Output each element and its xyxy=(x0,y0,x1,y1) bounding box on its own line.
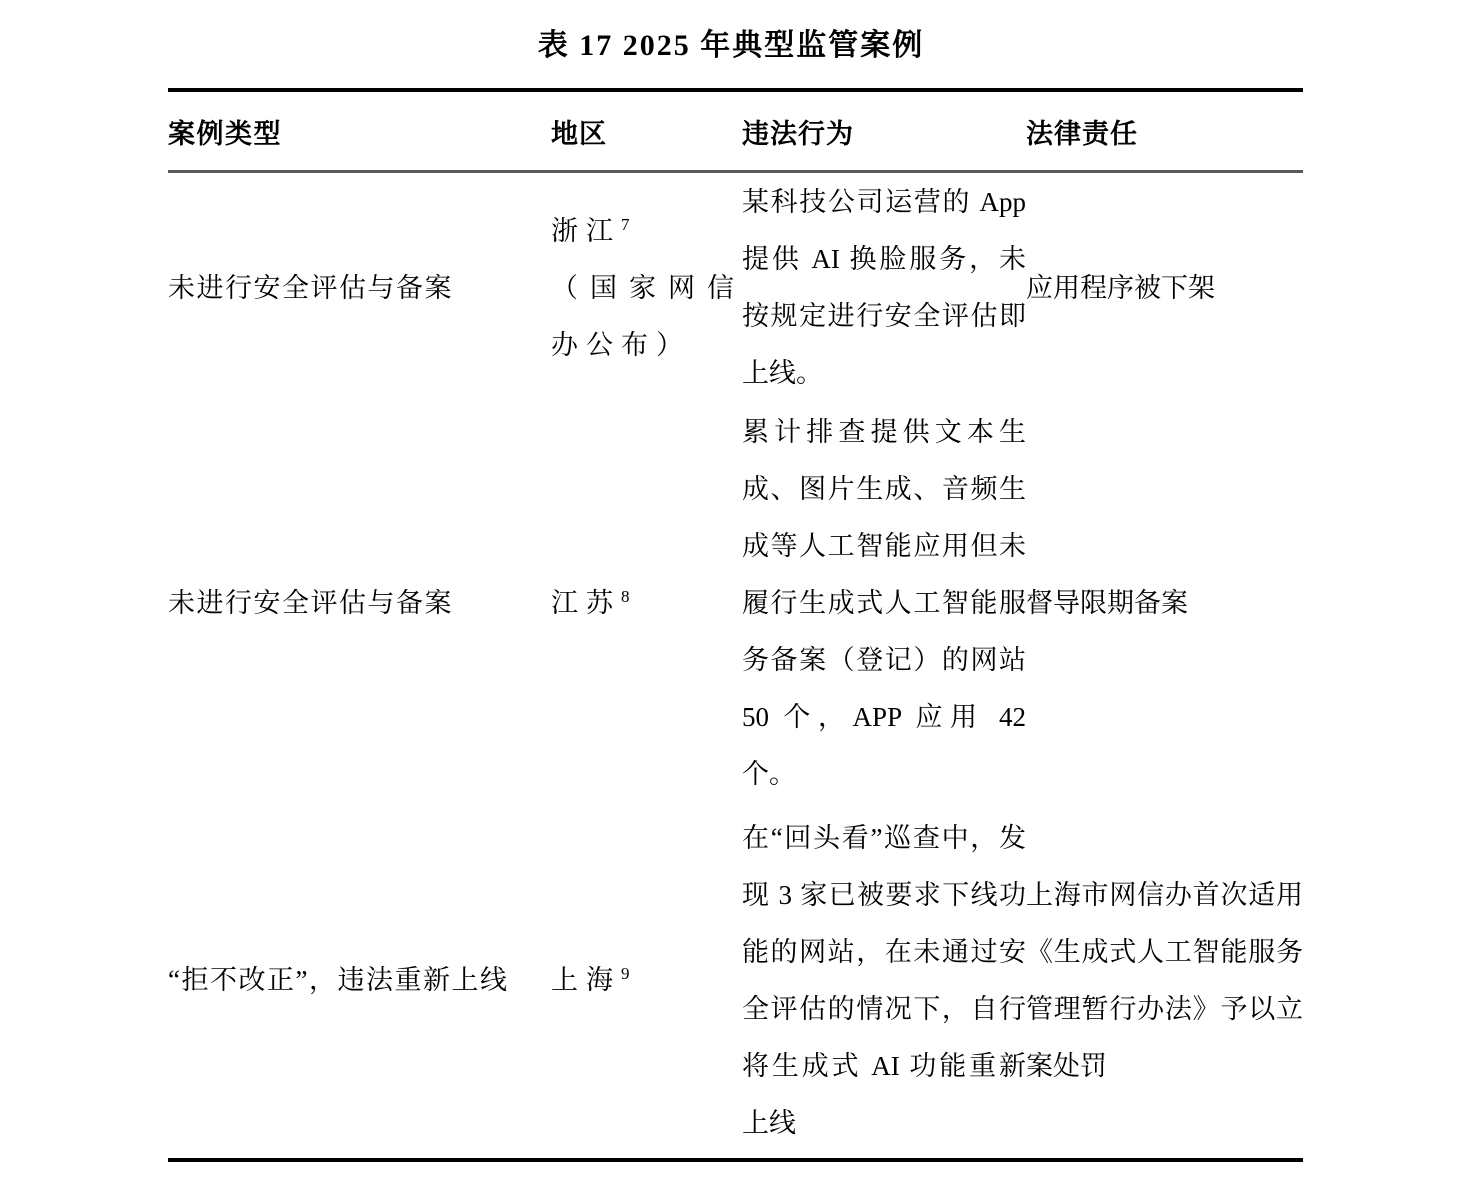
header-case-type: 案例类型 xyxy=(168,90,551,172)
cell-case-type: 未进行安全评估与备案 xyxy=(168,172,551,404)
header-region: 地区 xyxy=(551,90,742,172)
cell-violation: 累计排查提供文本生成、图片生成、音频生成等人工智能应用但未履行生成式人工智能服务… xyxy=(742,403,1026,803)
table-header-row: 案例类型 地区 违法行为 法律责任 xyxy=(168,90,1303,172)
cell-liability: 督导限期备案 xyxy=(1026,403,1303,803)
regulatory-cases-table: 案例类型 地区 违法行为 法律责任 未进行安全评估与备案 浙江7 （国家网信办公… xyxy=(168,88,1303,1162)
footnote-marker: 8 xyxy=(621,587,630,606)
region-name: 江苏8 xyxy=(551,575,742,632)
region-name: 上海9 xyxy=(551,952,742,1009)
cell-violation: 某科技公司运营的 App 提供 AI 换脸服务，未按规定进行安全评估即上线。 xyxy=(742,172,1026,404)
table-row: 未进行安全评估与备案 江苏8 累计排查提供文本生成、图片生成、音频生成等人工智能… xyxy=(168,403,1303,803)
table-row: “拒不改正”，违法重新上线 上海9 在“回头看”巡查中，发现 3 家已被要求下线… xyxy=(168,803,1303,1160)
cell-region: 上海9 xyxy=(551,803,742,1160)
cell-violation: 在“回头看”巡查中，发现 3 家已被要求下线功能的网站，在未通过安全评估的情况下… xyxy=(742,803,1026,1160)
table-row: 未进行安全评估与备案 浙江7 （国家网信办公布） 某科技公司运营的 App 提供… xyxy=(168,172,1303,404)
cell-case-type: 未进行安全评估与备案 xyxy=(168,403,551,803)
cell-region: 江苏8 xyxy=(551,403,742,803)
cell-case-type: “拒不改正”，违法重新上线 xyxy=(168,803,551,1160)
header-liability: 法律责任 xyxy=(1026,90,1303,172)
header-violation: 违法行为 xyxy=(742,90,1026,172)
footnote-marker: 9 xyxy=(621,964,630,983)
table-title: 表 17 2025 年典型监管案例 xyxy=(0,20,1462,64)
region-note: （国家网信办公布） xyxy=(551,260,742,374)
footnote-marker: 7 xyxy=(621,215,630,234)
cell-region: 浙江7 （国家网信办公布） xyxy=(551,172,742,404)
cell-liability: 上海市网信办首次适用《生成式人工智能服务管理暂行办法》予以立案处罚 xyxy=(1026,803,1303,1160)
region-name: 浙江7 xyxy=(551,203,742,260)
region-label: 江苏 xyxy=(551,588,621,618)
cell-liability: 应用程序被下架 xyxy=(1026,172,1303,404)
region-label: 浙江 xyxy=(551,216,621,246)
region-label: 上海 xyxy=(551,965,621,995)
